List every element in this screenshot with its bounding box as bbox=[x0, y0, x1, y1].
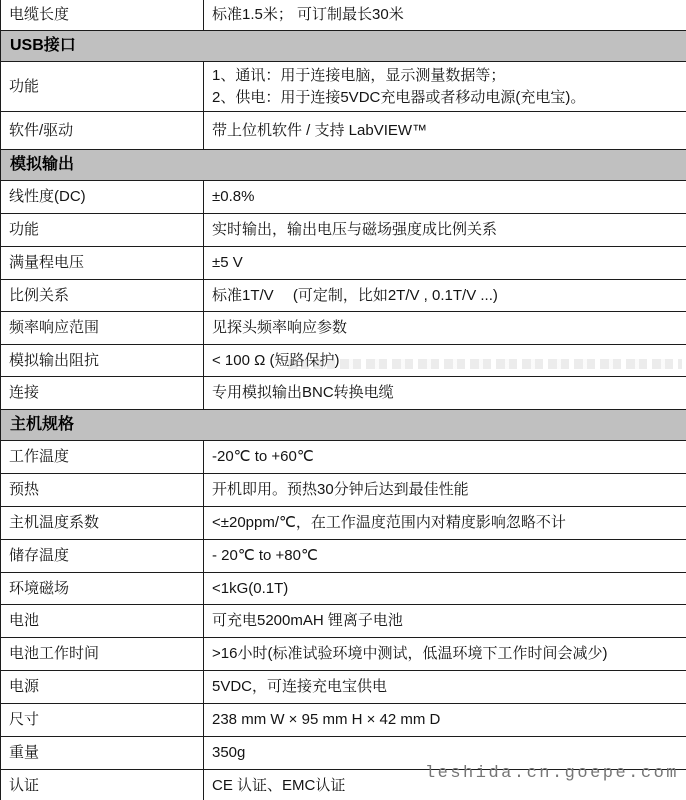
spec-label-cell: 电源 bbox=[1, 671, 204, 704]
spec-value-cell: - 20℃ to +80℃ bbox=[204, 540, 686, 573]
spec-value-cell: <±20ppm/℃，在工作温度范围内对精度影响忽略不计 bbox=[204, 507, 686, 540]
spec-row: 功能 1、通讯：用于连接电脑，显示测量数据等； 2、供电：用于连接5VDC充电器… bbox=[1, 62, 686, 112]
spec-row: 尺寸 238 mm W × 95 mm H × 42 mm D bbox=[1, 704, 686, 737]
spec-value-cell: 见探头频率响应参数 bbox=[204, 312, 686, 345]
spec-row: 环境磁场 <1kG(0.1T) bbox=[1, 573, 686, 605]
spec-row: 连接 专用模拟输出BNC转换电缆 bbox=[1, 377, 686, 410]
spec-label-cell: 工作温度 bbox=[1, 441, 204, 474]
spec-label-cell: 模拟输出阻抗 bbox=[1, 345, 204, 377]
spec-sheet-page: 电缆长度 标准1.5米； 可订制最长30米 USB接口 功能 1、通讯：用于连接… bbox=[0, 0, 686, 800]
spec-value-cell: 标准1T/V (可定制，比如2T/V , 0.1T/V ...) bbox=[204, 280, 686, 312]
spec-row: 模拟输出阻抗 < 100 Ω (短路保护) bbox=[1, 345, 686, 377]
spec-row: 电源 5VDC，可连接充电宝供电 bbox=[1, 671, 686, 704]
spec-label-cell: 主机温度系数 bbox=[1, 507, 204, 540]
spec-value-cell: <1kG(0.1T) bbox=[204, 573, 686, 605]
spec-value-cell: ±5 V bbox=[204, 247, 686, 280]
section-header-row: 主机规格 bbox=[1, 410, 686, 441]
spec-row: 储存温度 - 20℃ to +80℃ bbox=[1, 540, 686, 573]
spec-row: 电池 可充电5200mAH 锂离子电池 bbox=[1, 605, 686, 638]
spec-row: 工作温度 -20℃ to +60℃ bbox=[1, 441, 686, 474]
spec-value-cell: 实时输出，输出电压与磁场强度成比例关系 bbox=[204, 214, 686, 247]
spec-label-cell: 预热 bbox=[1, 474, 204, 507]
site-watermark-text: leshida.cn.goepe.com bbox=[425, 764, 679, 783]
spec-value-cell: < 100 Ω (短路保护) bbox=[204, 345, 686, 377]
spec-value-cell: >16小时(标准试验环境中测试，低温环境下工作时间会减少) bbox=[204, 638, 686, 671]
spec-label-cell: 环境磁场 bbox=[1, 573, 204, 605]
spec-value-cell: 5VDC，可连接充电宝供电 bbox=[204, 671, 686, 704]
spec-label-cell: 储存温度 bbox=[1, 540, 204, 573]
spec-value-cell: 开机即用。预热30分钟后达到最佳性能 bbox=[204, 474, 686, 507]
spec-row: 比例关系 标准1T/V (可定制，比如2T/V , 0.1T/V ...) bbox=[1, 280, 686, 312]
spec-value-cell: 专用模拟输出BNC转换电缆 bbox=[204, 377, 686, 410]
spec-value-cell: 标准1.5米； 可订制最长30米 bbox=[204, 0, 686, 31]
spec-label-cell: 电缆长度 bbox=[1, 0, 204, 31]
section-header-row: USB接口 bbox=[1, 31, 686, 62]
spec-value-cell: 带上位机软件 / 支持 LabVIEW™ bbox=[204, 112, 686, 150]
spec-row: 软件/驱动 带上位机软件 / 支持 LabVIEW™ bbox=[1, 112, 686, 150]
spec-label-cell: 满量程电压 bbox=[1, 247, 204, 280]
spec-value-cell: ±0.8% bbox=[204, 181, 686, 214]
spec-row: 电缆长度 标准1.5米； 可订制最长30米 bbox=[1, 0, 686, 31]
spec-label-cell: 重量 bbox=[1, 737, 204, 770]
spec-value-cell: -20℃ to +60℃ bbox=[204, 441, 686, 474]
spec-label-cell: 软件/驱动 bbox=[1, 112, 204, 150]
spec-row: 线性度(DC) ±0.8% bbox=[1, 181, 686, 214]
section-header-row: 模拟输出 bbox=[1, 150, 686, 181]
spec-label-cell: 认证 bbox=[1, 770, 204, 800]
spec-label-cell: 功能 bbox=[1, 214, 204, 247]
spec-label-cell: 尺寸 bbox=[1, 704, 204, 737]
spec-row: 电池工作时间 >16小时(标准试验环境中测试，低温环境下工作时间会减少) bbox=[1, 638, 686, 671]
spec-label-cell: 比例关系 bbox=[1, 280, 204, 312]
spec-value-cell: 可充电5200mAH 锂离子电池 bbox=[204, 605, 686, 638]
spec-label-cell: 线性度(DC) bbox=[1, 181, 204, 214]
spec-row: 频率响应范围 见探头频率响应参数 bbox=[1, 312, 686, 345]
spec-label-cell: 功能 bbox=[1, 62, 204, 112]
spec-value-cell: 1、通讯：用于连接电脑，显示测量数据等； 2、供电：用于连接5VDC充电器或者移… bbox=[204, 62, 686, 112]
spec-row: 预热 开机即用。预热30分钟后达到最佳性能 bbox=[1, 474, 686, 507]
spec-row: 功能 实时输出，输出电压与磁场强度成比例关系 bbox=[1, 214, 686, 247]
spec-label-cell: 频率响应范围 bbox=[1, 312, 204, 345]
section-title: 模拟输出 bbox=[1, 150, 686, 181]
section-title: 主机规格 bbox=[1, 410, 686, 441]
spec-label-cell: 电池工作时间 bbox=[1, 638, 204, 671]
spec-label-cell: 电池 bbox=[1, 605, 204, 638]
spec-label-cell: 连接 bbox=[1, 377, 204, 410]
spec-value-cell: 238 mm W × 95 mm H × 42 mm D bbox=[204, 704, 686, 737]
specification-table: 电缆长度 标准1.5米； 可订制最长30米 USB接口 功能 1、通讯：用于连接… bbox=[0, 0, 686, 800]
spec-row: 满量程电压 ±5 V bbox=[1, 247, 686, 280]
spec-row: 主机温度系数 <±20ppm/℃，在工作温度范围内对精度影响忽略不计 bbox=[1, 507, 686, 540]
section-title: USB接口 bbox=[1, 31, 686, 62]
